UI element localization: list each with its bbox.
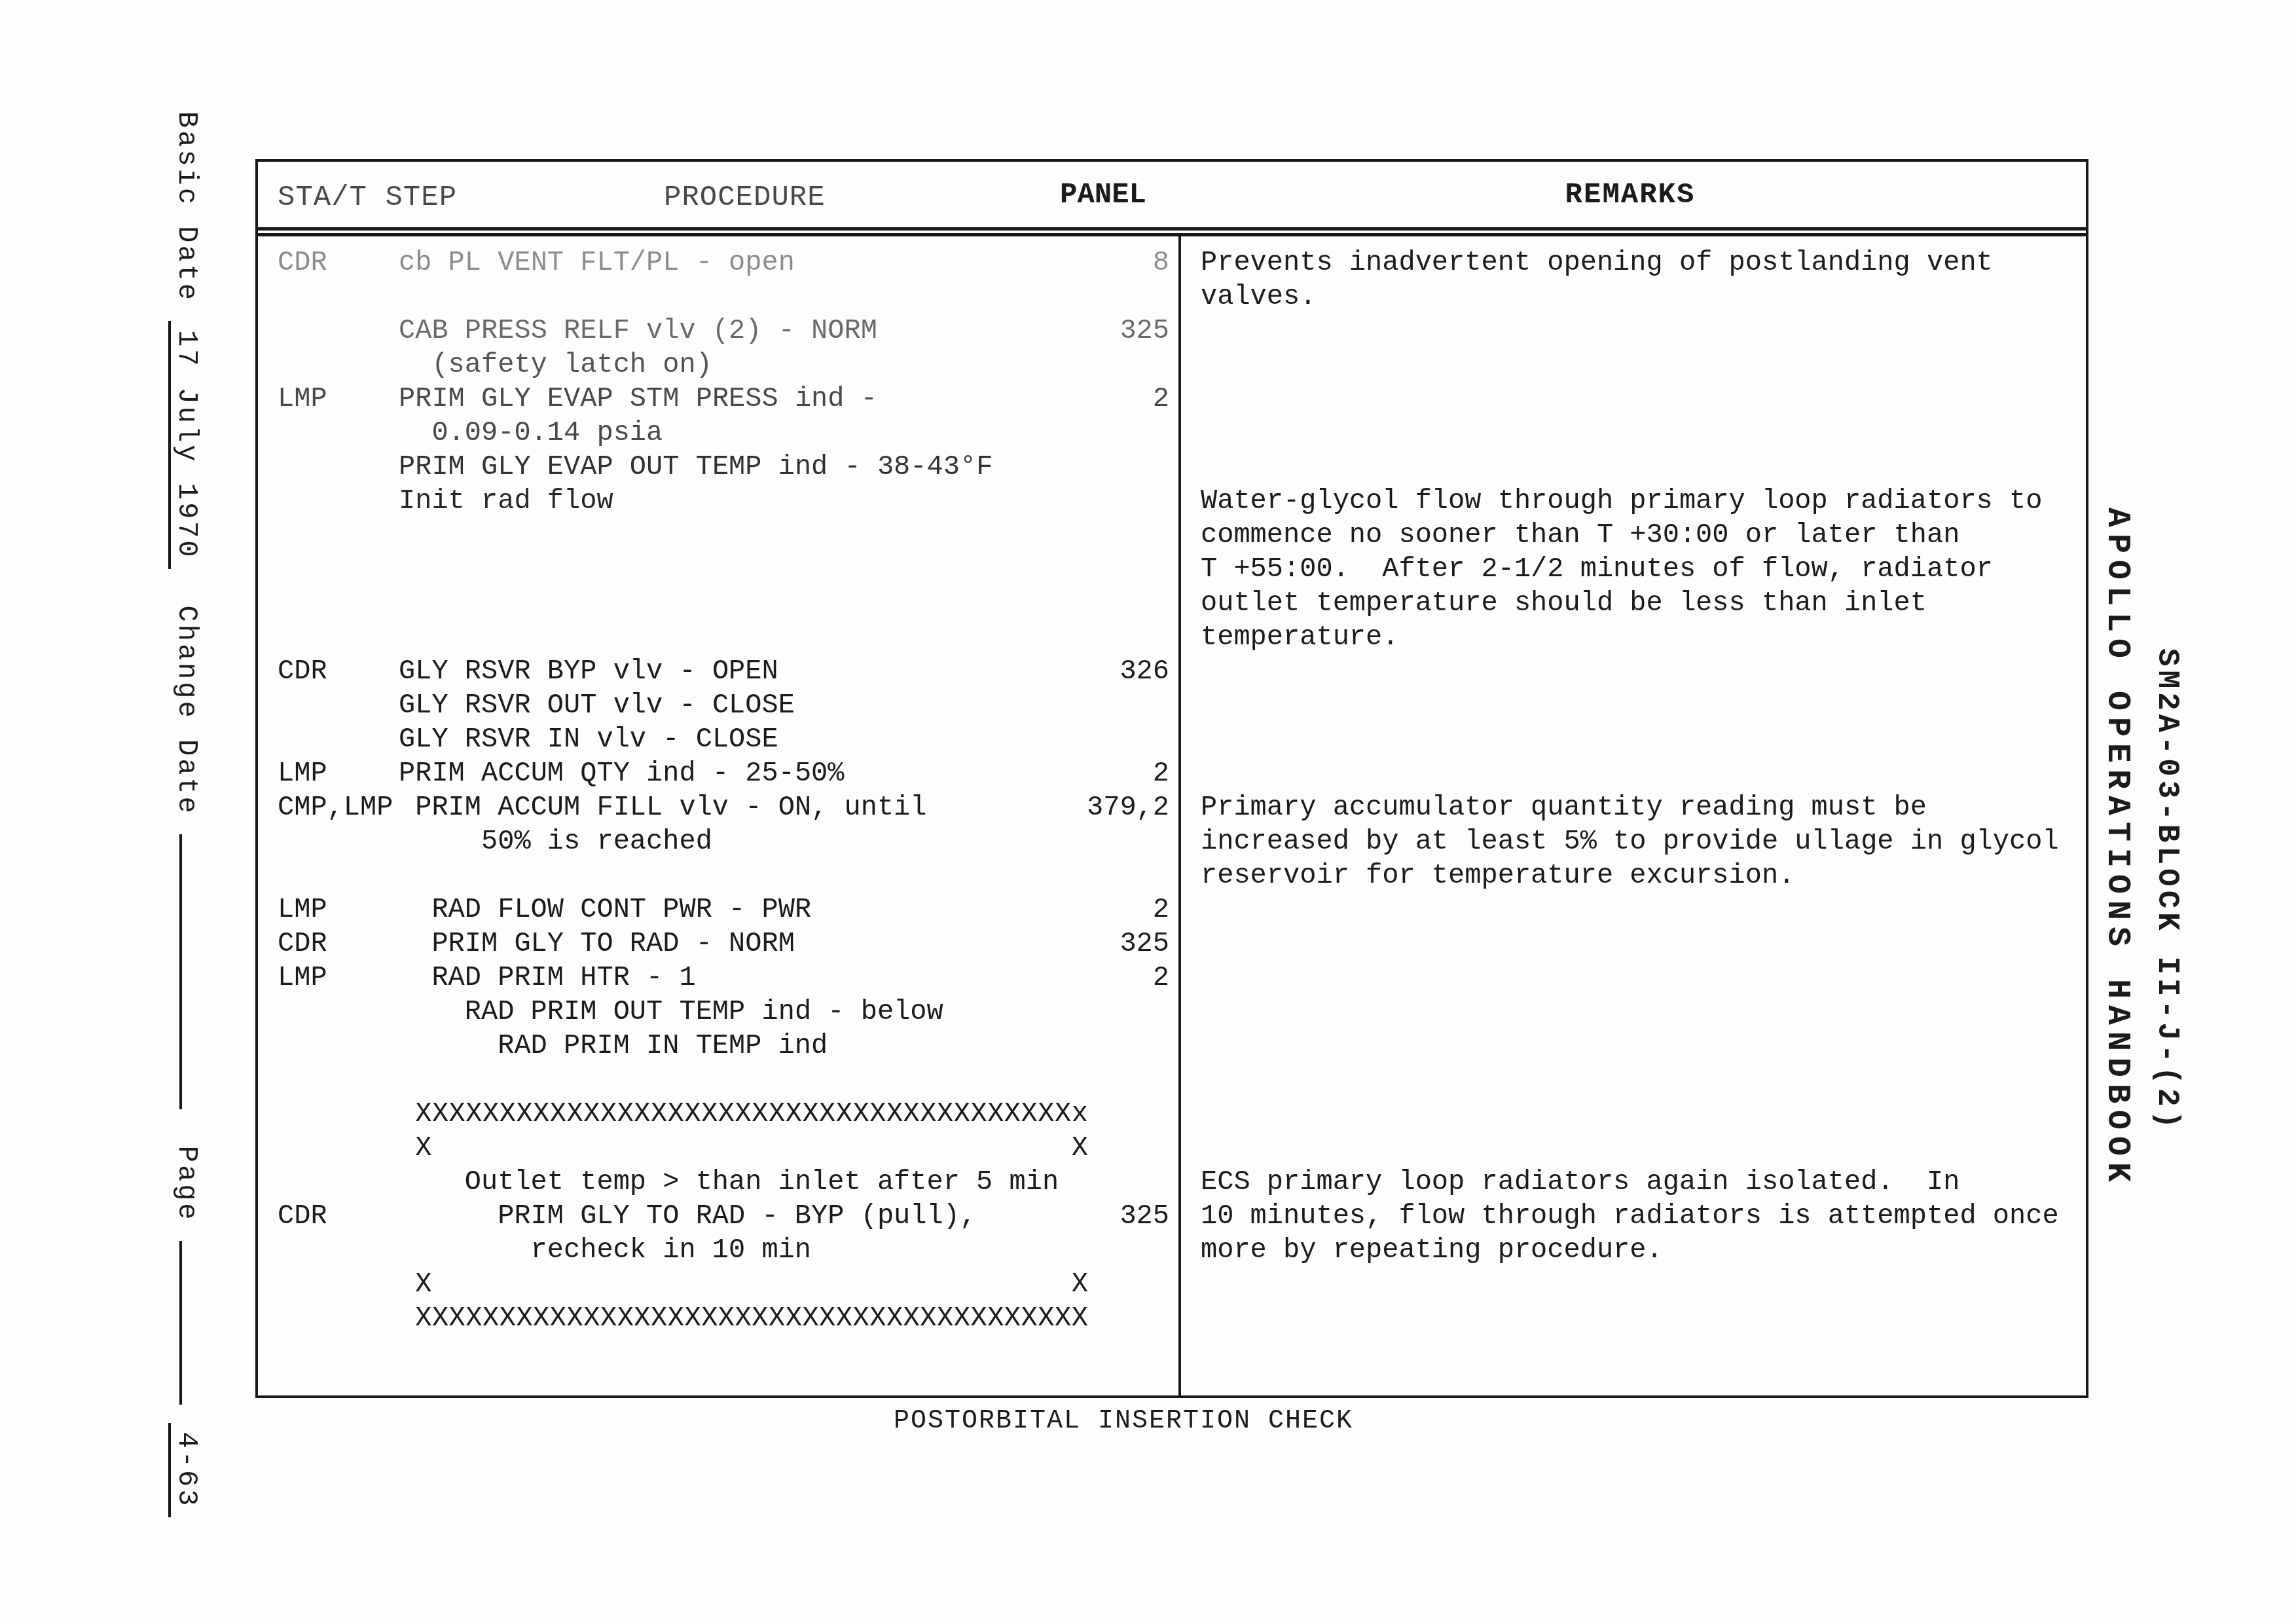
remarks-column: Prevents inadvertent opening of postland… <box>1178 236 2086 1395</box>
line-text: X X <box>415 1267 1088 1301</box>
crew-station: CDR <box>278 654 327 688</box>
line-text: 0.09-0.14 psia <box>431 416 663 450</box>
line-text: 50% is reached <box>481 824 712 858</box>
line-text: temperature. <box>1201 620 1398 654</box>
header-procedure: PROCEDURE <box>664 181 826 214</box>
line-text: recheck in 10 min <box>531 1233 811 1267</box>
panel-number: 2 <box>1153 382 1169 416</box>
line-text: X X <box>415 1131 1088 1165</box>
line-text: XXXXXXXXXXXXXXXXXXXXXXXXXXXXXXXXXXXXXXXx <box>415 1097 1088 1131</box>
doc-number-rotated: SM2A-03-BLOCK II-J-(2) <box>2150 648 2184 1132</box>
procedure-column: CDRcb PL VENT FLT/PL - open8CAB PRESS RE… <box>258 236 1178 1395</box>
crew-station: CMP,LMP <box>278 790 393 824</box>
line-text: Primary accumulator quantity reading mus… <box>1201 790 1927 824</box>
line-text: PRIM ACCUM FILL vlv - ON, until <box>415 790 926 824</box>
line-text: XXXXXXXXXXXXXXXXXXXXXXXXXXXXXXXXXXXXXXXX <box>415 1301 1088 1335</box>
basic-date-label: Basic Date <box>171 111 202 303</box>
procedure-line: 0.09-0.14 psia <box>258 416 1178 450</box>
procedure-line: LMPRAD PRIM HTR - 12 <box>258 961 1178 995</box>
panel-number: 326 <box>1120 654 1169 688</box>
procedure-line: LMPPRIM GLY EVAP STM PRESS ind -2 <box>258 382 1178 416</box>
crew-station: LMP <box>278 756 327 790</box>
procedure-line: PRIM GLY EVAP OUT TEMP ind - 38-43°F <box>258 450 1178 484</box>
panel-number: 2 <box>1153 756 1169 790</box>
remark-line: ECS primary loop radiators again isolate… <box>1181 1165 2086 1199</box>
remark-line: outlet temperature should be less than i… <box>1181 586 2086 620</box>
line-text: cb PL VENT FLT/PL - open <box>399 246 795 280</box>
panel-number: 325 <box>1120 314 1169 348</box>
remark-line: valves. <box>1181 280 2086 314</box>
procedure-line: X X <box>258 1131 1178 1165</box>
line-text: valves. <box>1201 280 1316 314</box>
remark-line: increased by at least 5% to provide ulla… <box>1181 824 2086 858</box>
remark-line: 10 minutes, flow through radiators is at… <box>1181 1199 2086 1233</box>
procedure-table: STA/T STEP PROCEDURE PANEL REMARKS CDRcb… <box>255 159 2088 1398</box>
line-text: RAD PRIM IN TEMP ind <box>498 1029 828 1063</box>
procedure-line: GLY RSVR OUT vlv - CLOSE <box>258 688 1178 722</box>
line-text: Init rad flow <box>399 484 613 518</box>
blank-underline <box>179 834 207 1109</box>
crew-station: LMP <box>278 961 327 995</box>
line-text: GLY RSVR BYP vlv - OPEN <box>399 654 778 688</box>
line-text: 10 minutes, flow through radiators is at… <box>1201 1199 2059 1233</box>
procedure-line: LMPRAD FLOW CONT PWR - PWR2 <box>258 893 1178 927</box>
crew-station: CDR <box>278 927 327 961</box>
procedure-line: CDRcb PL VENT FLT/PL - open8 <box>258 246 1178 280</box>
remark-line: more by repeating procedure. <box>1181 1233 2086 1267</box>
remark-line: temperature. <box>1181 620 2086 654</box>
remark-line: Prevents inadvertent opening of postland… <box>1181 246 2086 280</box>
line-text: GLY RSVR OUT vlv - CLOSE <box>399 688 795 722</box>
line-text: PRIM ACCUM QTY ind - 25-50% <box>399 756 845 790</box>
procedure-line: CDRPRIM GLY TO RAD - NORM325 <box>258 927 1178 961</box>
line-text: T +55:00. After 2-1/2 minutes of flow, r… <box>1201 552 1993 586</box>
line-text: increased by at least 5% to provide ulla… <box>1201 824 2059 858</box>
line-text: PRIM GLY TO RAD - NORM <box>431 927 795 961</box>
header-remarks: REMARKS <box>1178 179 2082 212</box>
scanned-handbook-page: Basic Date17 July 1970Change DatePage4-6… <box>0 0 2296 1624</box>
remark-line: T +55:00. After 2-1/2 minutes of flow, r… <box>1181 552 2086 586</box>
procedure-line: (safety latch on) <box>258 348 1178 382</box>
procedure-line: Init rad flow <box>258 484 1178 518</box>
remark-line: Primary accumulator quantity reading mus… <box>1181 790 2086 824</box>
line-text: RAD PRIM OUT TEMP ind - below <box>465 995 943 1029</box>
procedure-line: CDRPRIM GLY TO RAD - BYP (pull),325 <box>258 1199 1178 1233</box>
line-text: ECS primary loop radiators again isolate… <box>1201 1165 1959 1199</box>
line-text: commence no sooner than T +30:00 or late… <box>1201 518 1959 552</box>
procedure-line: CMP,LMPPRIM ACCUM FILL vlv - ON, until37… <box>258 790 1178 824</box>
remark-line: reservoir for temperature excursion. <box>1181 858 2086 893</box>
panel-number: 8 <box>1153 246 1169 280</box>
line-text: PRIM GLY TO RAD - BYP (pull), <box>498 1199 976 1233</box>
footer-rotated: Basic Date17 July 1970Change DatePage4-6… <box>171 111 207 1517</box>
crew-station: LMP <box>278 382 327 416</box>
line-text: Prevents inadvertent opening of postland… <box>1201 246 1993 280</box>
line-text: PRIM GLY EVAP OUT TEMP ind - 38-43°F <box>399 450 993 484</box>
change-date-label: Change Date <box>171 606 202 816</box>
line-text: more by repeating procedure. <box>1201 1233 1663 1267</box>
page-number: 4-63 <box>168 1423 202 1518</box>
line-text: (safety latch on) <box>431 348 712 382</box>
header-panel: PANEL <box>1060 179 1146 212</box>
procedure-line: Outlet temp > than inlet after 5 min <box>258 1165 1178 1199</box>
panel-number: 379,2 <box>1087 790 1169 824</box>
line-text: GLY RSVR IN vlv - CLOSE <box>399 722 778 756</box>
page-title: POSTORBITAL INSERTION CHECK <box>894 1407 1353 1436</box>
table-body: CDRcb PL VENT FLT/PL - open8CAB PRESS RE… <box>258 236 2086 1395</box>
line-text: outlet temperature should be less than i… <box>1201 586 1927 620</box>
procedure-line: XXXXXXXXXXXXXXXXXXXXXXXXXXXXXXXXXXXXXXXx <box>258 1097 1178 1131</box>
crew-station: CDR <box>278 246 327 280</box>
remark-line: commence no sooner than T +30:00 or late… <box>1181 518 2086 552</box>
line-text: Water-glycol flow through primary loop r… <box>1201 484 2042 518</box>
crew-station: LMP <box>278 893 327 927</box>
remark-line: Water-glycol flow through primary loop r… <box>1181 484 2086 518</box>
procedure-line: CDRGLY RSVR BYP vlv - OPEN326 <box>258 654 1178 688</box>
header-sta-step: STA/T STEP <box>278 181 457 214</box>
line-text: reservoir for temperature excursion. <box>1201 858 1795 893</box>
line-text: PRIM GLY EVAP STM PRESS ind - <box>399 382 877 416</box>
procedure-line: X X <box>258 1267 1178 1301</box>
procedure-line: LMPPRIM ACCUM QTY ind - 25-50%2 <box>258 756 1178 790</box>
procedure-line: CAB PRESS RELF vlv (2) - NORM325 <box>258 314 1178 348</box>
line-text: Outlet temp > than inlet after 5 min <box>465 1165 1059 1199</box>
handbook-title-rotated: APOLLO OPERATIONS HANDBOOK <box>2098 507 2136 1189</box>
line-text: RAD PRIM HTR - 1 <box>431 961 695 995</box>
panel-number: 2 <box>1153 961 1169 995</box>
page-label: Page <box>171 1146 202 1223</box>
line-text: RAD FLOW CONT PWR - PWR <box>431 893 811 927</box>
procedure-line: XXXXXXXXXXXXXXXXXXXXXXXXXXXXXXXXXXXXXXXX <box>258 1301 1178 1335</box>
procedure-line: GLY RSVR IN vlv - CLOSE <box>258 722 1178 756</box>
procedure-line: 50% is reached <box>258 824 1178 858</box>
blank-underline <box>179 1241 207 1405</box>
procedure-line: RAD PRIM IN TEMP ind <box>258 1029 1178 1063</box>
basic-date-value: 17 July 1970 <box>168 321 202 568</box>
panel-number: 2 <box>1153 893 1169 927</box>
procedure-line: RAD PRIM OUT TEMP ind - below <box>258 995 1178 1029</box>
line-text: CAB PRESS RELF vlv (2) - NORM <box>399 314 877 348</box>
panel-number: 325 <box>1120 927 1169 961</box>
table-header-row: STA/T STEP PROCEDURE PANEL REMARKS <box>258 162 2086 236</box>
procedure-line: recheck in 10 min <box>258 1233 1178 1267</box>
panel-number: 325 <box>1120 1199 1169 1233</box>
crew-station: CDR <box>278 1199 327 1233</box>
